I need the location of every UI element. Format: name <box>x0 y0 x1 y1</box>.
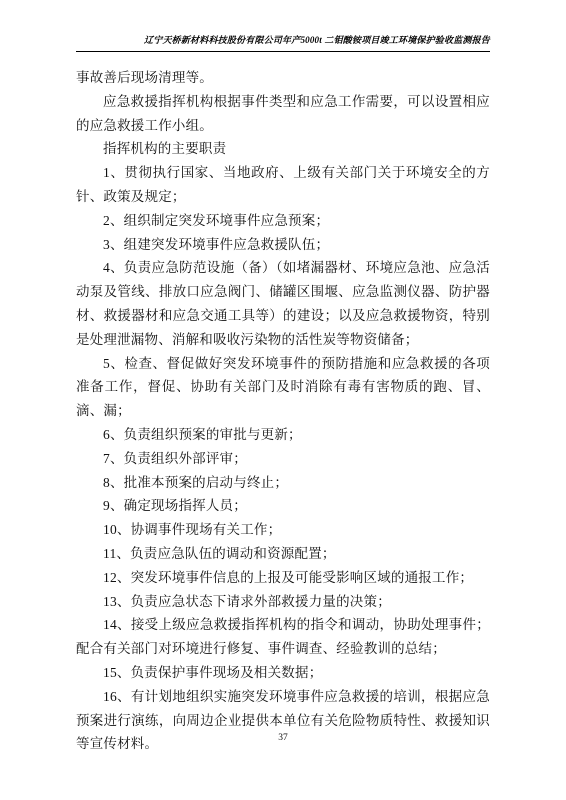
list-item: 5、检查、督促做好突发环境事件的预防措施和应急救援的各项准备工作，督促、协助有关… <box>76 352 490 423</box>
list-item: 7、负责组织外部评审； <box>76 447 490 471</box>
list-item: 13、负责应急状态下请求外部救援力量的决策； <box>76 590 490 614</box>
list-item: 4、负责应急防范设施（备）（如堵漏器材、环境应急池、应急活动泵及管线、排放口应急… <box>76 256 490 351</box>
list-item: 9、确定现场指挥人员； <box>76 494 490 518</box>
document-body: 事故善后现场清理等。 应急救援指挥机构根据事件类型和应急工作需要，可以设置相应的… <box>76 66 490 756</box>
list-item: 6、负责组织预案的审批与更新； <box>76 423 490 447</box>
header-title: 辽宁天桥新材料科技股份有限公司年产5000t 二钼酸铵项目竣工环境保护验收监测报… <box>144 35 490 45</box>
list-item: 15、负责保护事件现场及相关数据； <box>76 661 490 685</box>
list-item: 8、批准本预案的启动与终止； <box>76 471 490 495</box>
list-item: 14、接受上级应急救援指挥机构的指令和调动，协助处理事件；配合有关部门对环境进行… <box>76 613 490 661</box>
document-page: 辽宁天桥新材料科技股份有限公司年产5000t 二钼酸铵项目竣工环境保护验收监测报… <box>0 0 566 800</box>
page-footer: 37 <box>0 733 566 743</box>
list-item: 16、有计划地组织实施突发环境事件应急救援的培训，根据应急预案进行演练，向周边企… <box>76 685 490 756</box>
list-item: 3、组建突发环境事件应急救援队伍； <box>76 233 490 257</box>
page-number: 37 <box>278 733 288 743</box>
list-item: 2、组织制定突发环境事件应急预案； <box>76 209 490 233</box>
list-item: 11、负责应急队伍的调动和资源配置； <box>76 542 490 566</box>
section-heading: 指挥机构的主要职责 <box>76 137 490 161</box>
list-item: 1、贯彻执行国家、当地政府、上级有关部门关于环境安全的方针、政策及规定； <box>76 161 490 209</box>
list-item: 10、协调事件现场有关工作； <box>76 518 490 542</box>
list-item: 12、突发环境事件信息的上报及可能受影响区域的通报工作； <box>76 566 490 590</box>
page-header: 辽宁天桥新材料科技股份有限公司年产5000t 二钼酸铵项目竣工环境保护验收监测报… <box>76 33 490 52</box>
paragraph: 应急救援指挥机构根据事件类型和应急工作需要，可以设置相应的应急救援工作小组。 <box>76 90 490 138</box>
paragraph: 事故善后现场清理等。 <box>76 66 490 90</box>
